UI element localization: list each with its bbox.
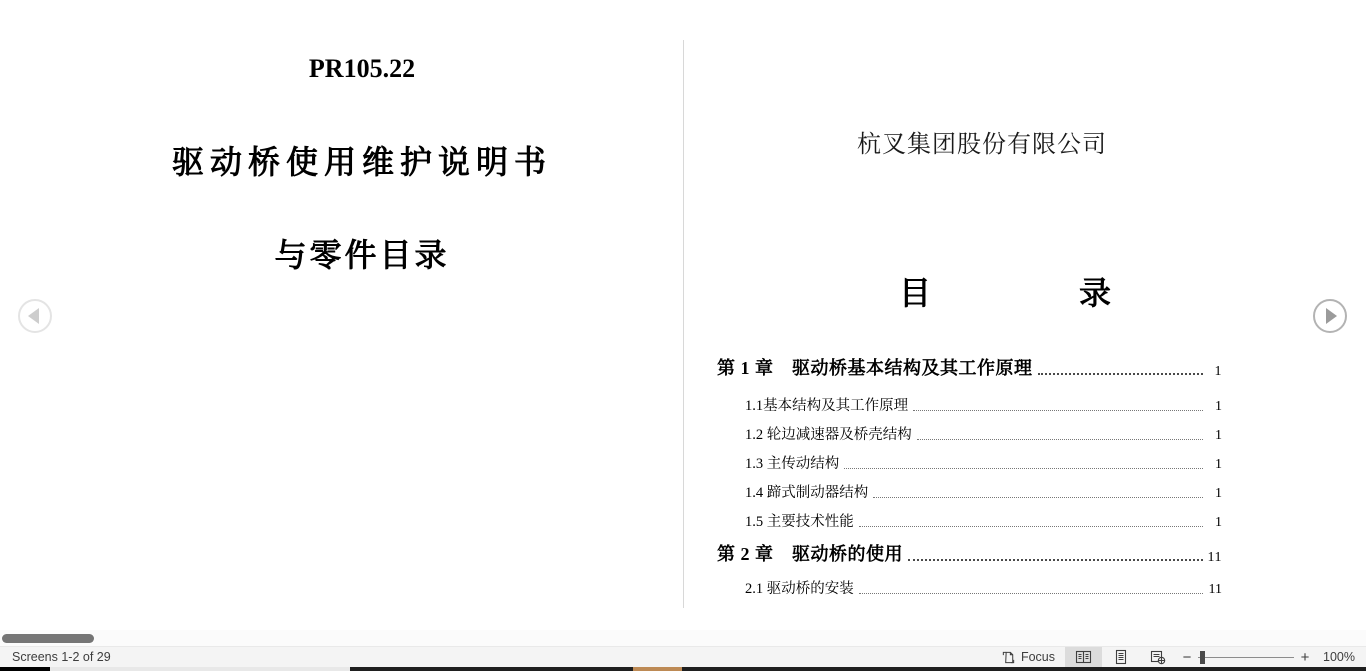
zoom-out-button[interactable]: − bbox=[1176, 647, 1198, 667]
status-bar: Screens 1-2 of 29 Focus bbox=[0, 646, 1366, 667]
focus-label: Focus bbox=[1021, 650, 1055, 664]
read-mode-canvas: PR105.22 驱动桥使用维护说明书 与零件目录 杭叉集团股份有限公司 目 录… bbox=[0, 0, 1366, 630]
read-mode-icon bbox=[1075, 649, 1092, 665]
toc-dot-leader bbox=[917, 439, 1203, 440]
zoom-slider-thumb[interactable] bbox=[1200, 651, 1205, 664]
company-name: 杭叉集团股份有限公司 bbox=[684, 124, 1280, 159]
toc-entry-page-number: 1 bbox=[1206, 515, 1222, 531]
previous-screen-button[interactable] bbox=[18, 299, 52, 333]
toc-dot-leader bbox=[913, 410, 1203, 411]
toc-entry-page-number: 1 bbox=[1206, 428, 1222, 444]
focus-icon bbox=[1001, 650, 1016, 665]
toc-entry[interactable]: 2.1 驱动桥的安装 11 bbox=[717, 578, 1222, 598]
toc-dot-leader bbox=[873, 497, 1203, 498]
table-of-contents: 第 1 章 驱动桥基本结构及其工作原理 1 1.1基本结构及其工作原理 1 1.… bbox=[717, 356, 1222, 598]
arrow-left-icon bbox=[28, 308, 39, 324]
toc-entry-label: 2.1 驱动桥的安装 bbox=[745, 577, 854, 598]
status-bar-right: Focus − bbox=[991, 647, 1366, 667]
next-screen-button[interactable] bbox=[1313, 299, 1347, 333]
toc-entry[interactable]: 1.2 轮边减速器及桥壳结构 1 bbox=[717, 424, 1222, 444]
toc-heading-char2: 录 bbox=[1079, 268, 1111, 314]
toc-dot-leader bbox=[908, 559, 1203, 561]
toc-dot-leader bbox=[859, 526, 1203, 527]
toc-entry-page-number: 1 bbox=[1206, 364, 1222, 380]
view-print-layout-button[interactable] bbox=[1102, 647, 1139, 667]
toc-entry[interactable]: 1.5 主要技术性能 1 bbox=[717, 511, 1222, 531]
view-web-layout-button[interactable] bbox=[1139, 647, 1176, 667]
toc-dot-leader bbox=[1038, 373, 1204, 375]
web-layout-icon bbox=[1150, 649, 1166, 665]
document-page-right: 杭叉集团股份有限公司 目 录 第 1 章 驱动桥基本结构及其工作原理 1 1.1… bbox=[684, 0, 1366, 630]
zoom-in-button[interactable]: + bbox=[1294, 647, 1316, 667]
toc-entry[interactable]: 1.1基本结构及其工作原理 1 bbox=[717, 395, 1222, 415]
model-code: PR105.22 bbox=[0, 54, 724, 84]
toc-entry-label: 1.4 蹄式制动器结构 bbox=[745, 481, 868, 502]
toc-entry-label: 第 1 章 驱动桥基本结构及其工作原理 bbox=[717, 354, 1033, 380]
toc-entry[interactable]: 第 2 章 驱动桥的使用 11 bbox=[717, 542, 1222, 566]
toc-entry-page-number: 1 bbox=[1206, 399, 1222, 415]
zoom-slider-track[interactable] bbox=[1198, 657, 1294, 658]
document-page-left: PR105.22 驱动桥使用维护说明书 与零件目录 bbox=[0, 0, 684, 630]
zoom-level[interactable]: 100% bbox=[1316, 650, 1362, 664]
screens-indicator[interactable]: Screens 1-2 of 29 bbox=[12, 650, 111, 664]
zoom-slider[interactable] bbox=[1198, 647, 1294, 667]
toc-entry-page-number: 11 bbox=[1206, 550, 1222, 566]
horizontal-scrollbar[interactable] bbox=[0, 630, 1366, 646]
toc-entry[interactable]: 1.3 主传动结构 1 bbox=[717, 453, 1222, 473]
toc-entry-label: 1.2 轮边减速器及桥壳结构 bbox=[745, 423, 912, 444]
view-read-mode-button[interactable] bbox=[1065, 647, 1102, 667]
toc-dot-leader bbox=[859, 593, 1203, 594]
toc-entry-label: 第 2 章 驱动桥的使用 bbox=[717, 540, 903, 566]
focus-button[interactable]: Focus bbox=[991, 647, 1065, 667]
toc-entry-page-number: 1 bbox=[1206, 457, 1222, 473]
document-subtitle: 与零件目录 bbox=[0, 230, 724, 276]
document-title: 驱动桥使用维护说明书 bbox=[0, 137, 724, 183]
arrow-right-icon bbox=[1326, 308, 1337, 324]
toc-entry-label: 1.1基本结构及其工作原理 bbox=[745, 394, 908, 415]
horizontal-scrollbar-thumb[interactable] bbox=[2, 634, 94, 643]
print-layout-icon bbox=[1113, 649, 1129, 665]
toc-entry-label: 1.5 主要技术性能 bbox=[745, 510, 854, 531]
toc-entry[interactable]: 1.4 蹄式制动器结构 1 bbox=[717, 482, 1222, 502]
toc-entry-label: 1.3 主传动结构 bbox=[745, 452, 839, 473]
toc-heading-char1: 目 bbox=[899, 268, 931, 314]
toc-dot-leader bbox=[844, 468, 1203, 469]
toc-entry-page-number: 11 bbox=[1206, 582, 1222, 598]
toc-entry-page-number: 1 bbox=[1206, 486, 1222, 502]
taskbar-edge bbox=[0, 667, 1366, 671]
toc-entry[interactable]: 第 1 章 驱动桥基本结构及其工作原理 1 bbox=[717, 356, 1222, 380]
toc-heading: 目 录 bbox=[684, 268, 1326, 314]
